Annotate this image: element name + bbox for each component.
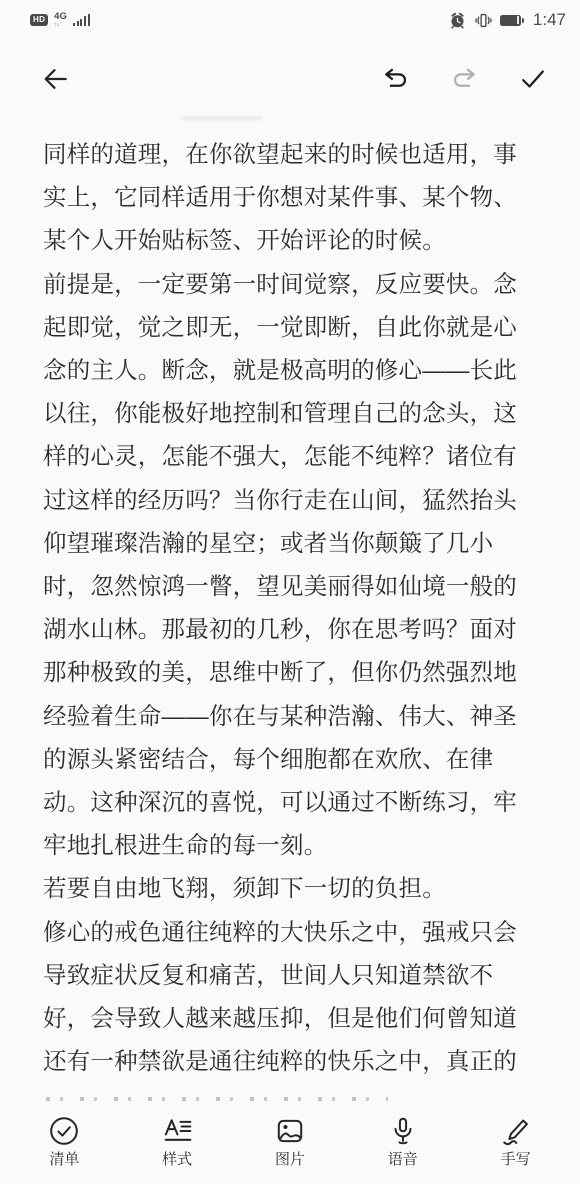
confirm-button[interactable]	[514, 62, 552, 96]
image-button[interactable]: 图片	[250, 1115, 330, 1167]
status-right-cluster: 1:47	[448, 10, 566, 30]
data-arrows-icon: ↑↓	[54, 22, 59, 29]
toolbar-actions	[378, 62, 552, 96]
checklist-icon	[48, 1115, 80, 1147]
confirm-check-icon	[518, 66, 548, 92]
redo-icon	[450, 66, 478, 92]
network-type: 4G ↑↓	[54, 12, 67, 28]
image-icon	[274, 1115, 306, 1147]
notes-app-edit-screen: HD 4G ↑↓	[0, 0, 580, 1184]
vibrate-icon	[474, 11, 493, 30]
note-paragraph: 若要自由地飞翔，须卸下一切的负担。	[43, 867, 540, 910]
back-button[interactable]	[36, 60, 74, 98]
back-arrow-icon	[40, 64, 70, 94]
alarm-icon	[448, 11, 467, 30]
toolbar-item-label: 手写	[501, 1152, 531, 1167]
status-bar: HD 4G ↑↓	[0, 0, 580, 40]
voice-button[interactable]: 语音	[363, 1115, 443, 1167]
toolbar-item-label: 语音	[388, 1152, 418, 1167]
note-text-area[interactable]: 同样的道理，在你欲望起来的时候也适用，事 实上，它同样适用于你想对某件事、某个物…	[0, 133, 580, 1099]
note-paragraph: 前提是，一定要第一时间觉察，反应要快。念 起即觉，觉之即无，一觉即断，自此你就是…	[43, 263, 540, 868]
undo-button[interactable]	[378, 62, 414, 96]
status-left-cluster: HD 4G ↑↓	[30, 12, 90, 28]
undo-icon	[382, 66, 410, 92]
status-time: 1:47	[533, 10, 566, 30]
hd-badge: HD	[30, 14, 48, 26]
toolbar-item-label: 样式	[162, 1152, 192, 1167]
handwriting-button[interactable]: 手写	[476, 1115, 556, 1167]
voice-icon	[387, 1115, 419, 1147]
signal-icon	[73, 13, 90, 26]
checklist-button[interactable]: 清单	[24, 1115, 104, 1167]
note-paragraph: 修心的戒色通往纯粹的大快乐之中，强戒只会 导致症状反复和痛苦，世间人只知道禁欲不…	[43, 911, 540, 1084]
faint-artifact-bar	[180, 116, 262, 120]
note-paragraph: 同样的道理，在你欲望起来的时候也适用，事 实上，它同样适用于你想对某件事、某个物…	[43, 133, 540, 263]
toolbar-item-label: 图片	[275, 1152, 305, 1167]
edit-toolbar	[0, 44, 580, 114]
battery-icon	[500, 15, 524, 26]
toolbar-item-label: 清单	[49, 1152, 79, 1167]
bottom-toolbar: 清单 样式 图片	[0, 1104, 580, 1184]
handwriting-icon	[500, 1115, 532, 1147]
text-style-icon	[161, 1115, 193, 1147]
text-style-button[interactable]: 样式	[137, 1115, 217, 1167]
clipped-text-fragments	[46, 1097, 388, 1101]
redo-button[interactable]	[446, 62, 482, 96]
